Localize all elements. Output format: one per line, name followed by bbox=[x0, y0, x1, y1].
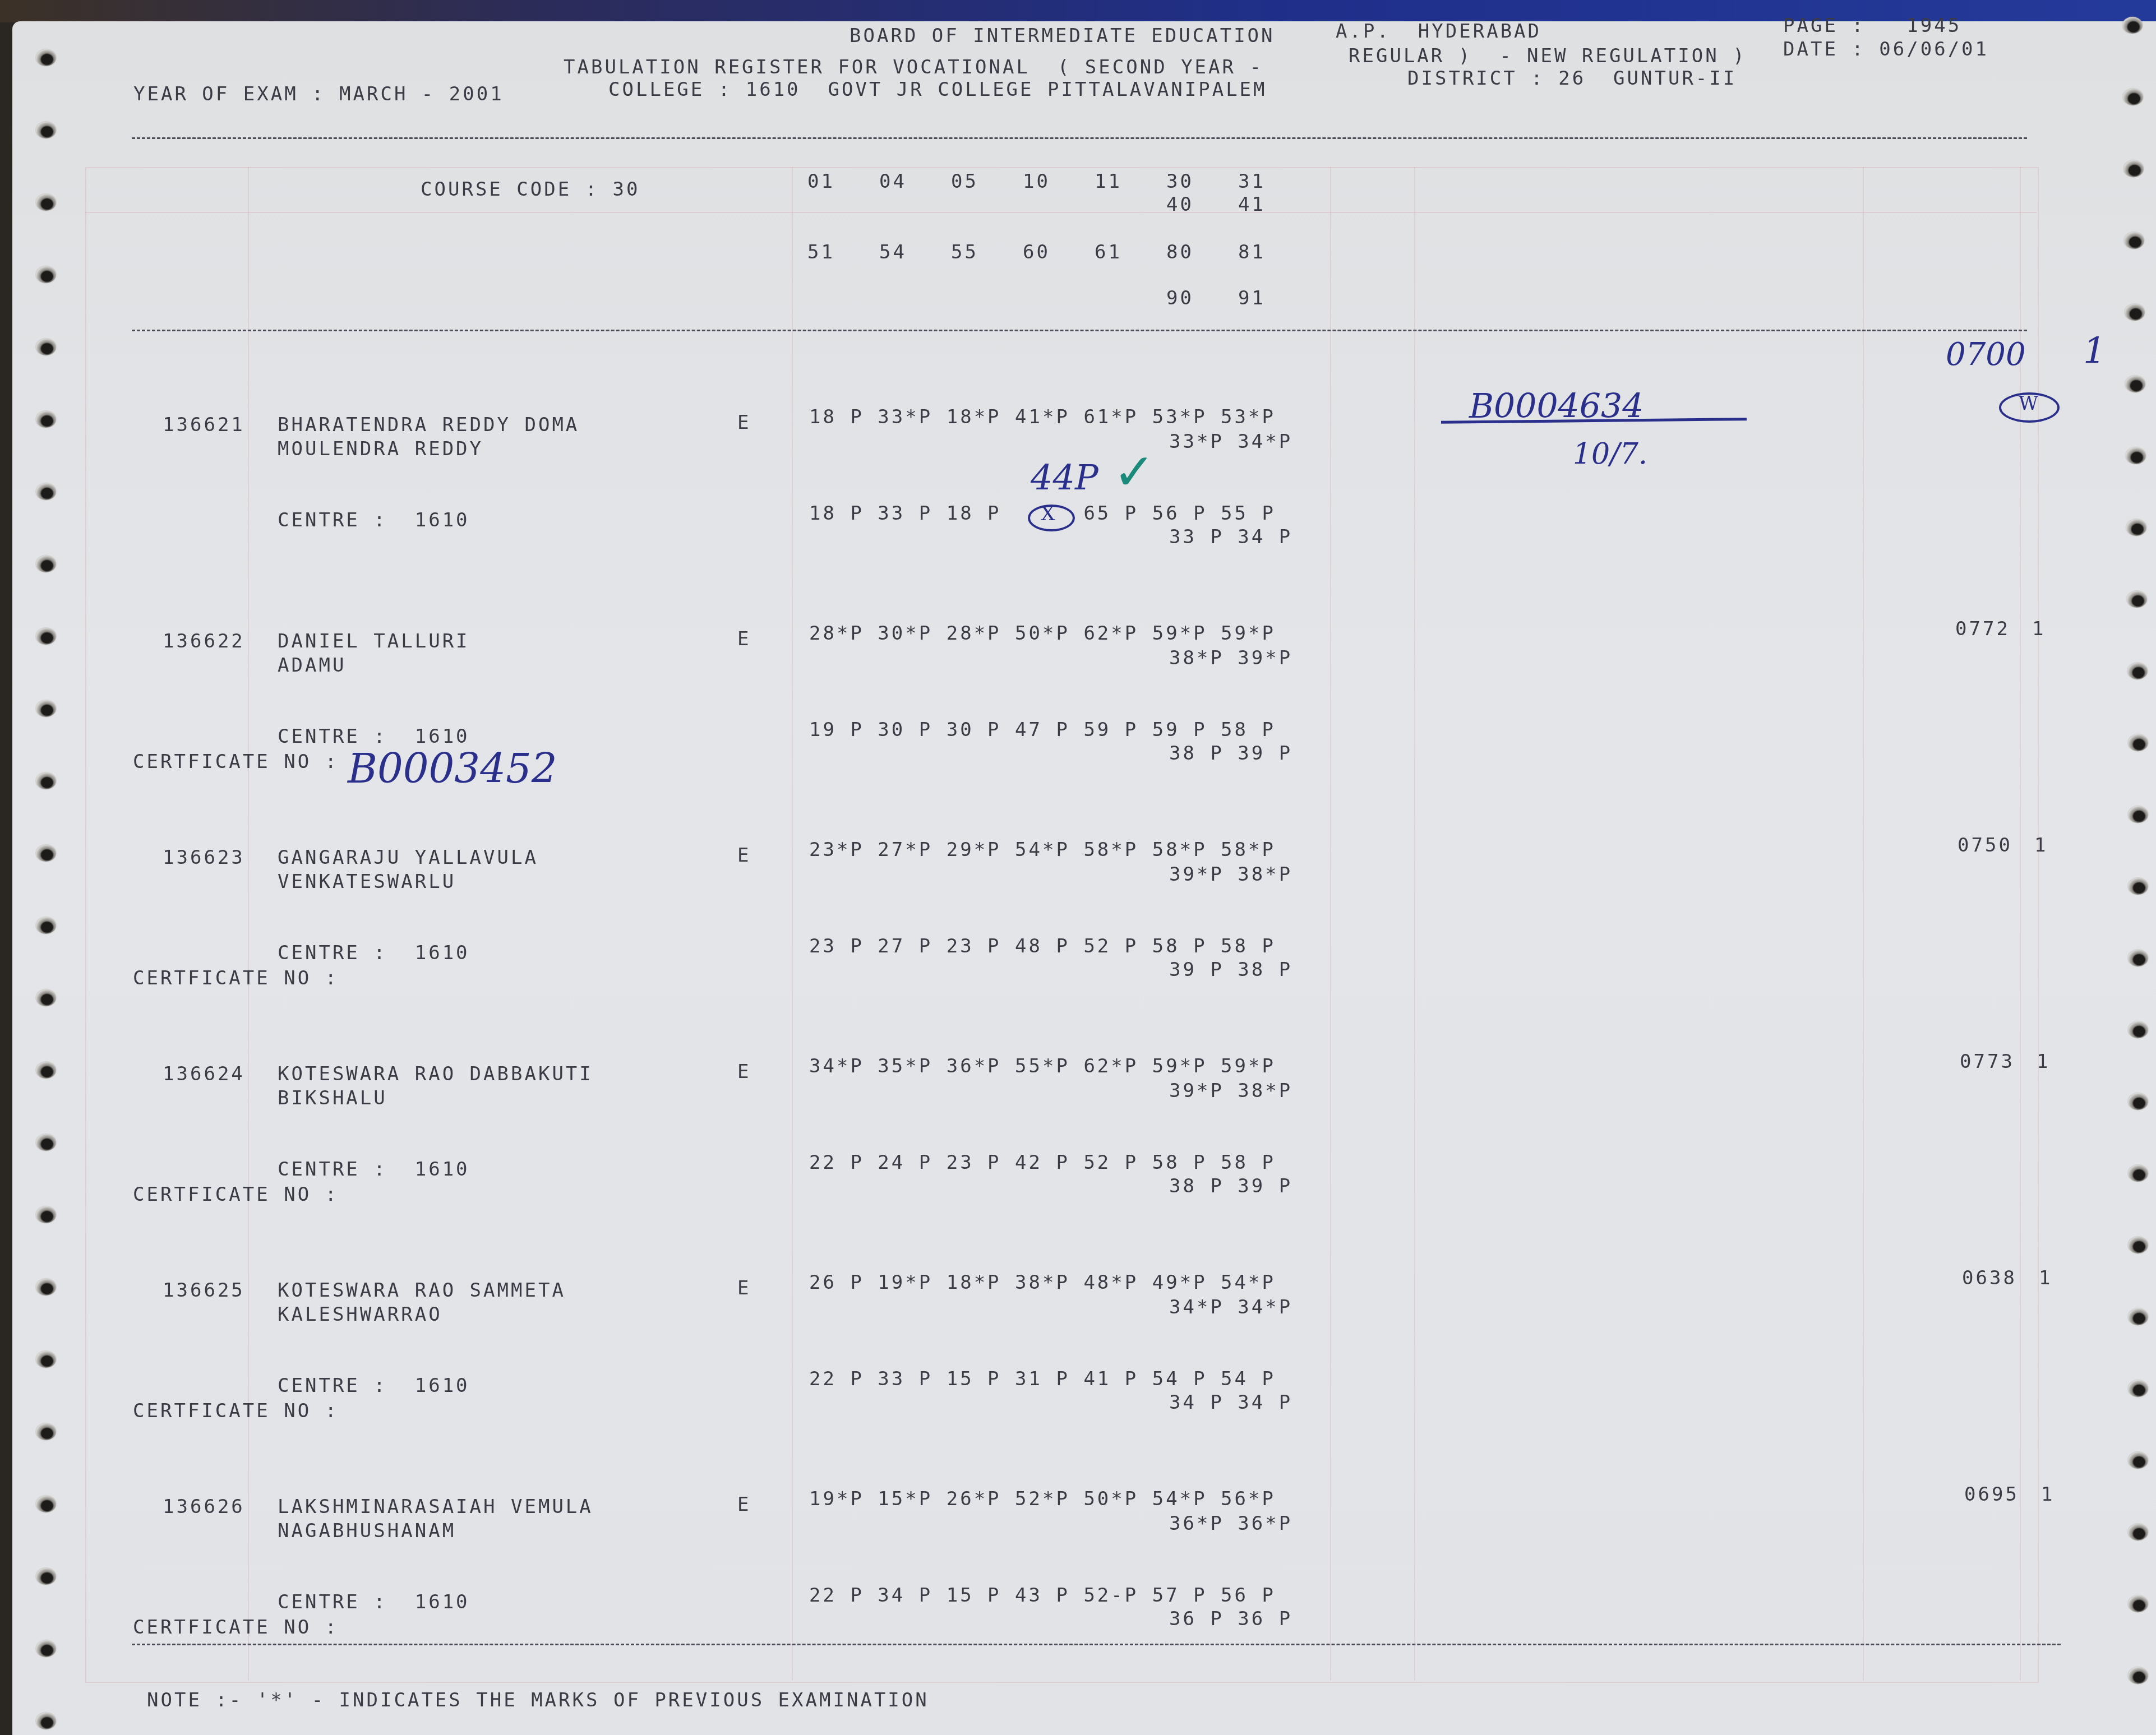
district-info: DISTRICT : 26 GUNTUR-II bbox=[1407, 67, 1737, 90]
handwritten-x: X bbox=[1041, 502, 1055, 525]
exam-centre: CENTRE : 1610 bbox=[278, 1591, 470, 1613]
total-marks: 0638 bbox=[1962, 1267, 2017, 1289]
exam-centre: CENTRE : 1610 bbox=[278, 942, 470, 964]
sprocket-hole bbox=[2128, 1524, 2148, 1540]
sprocket-hole bbox=[2127, 591, 2147, 608]
hall-ticket-number: 136626 bbox=[163, 1496, 245, 1518]
result-code: 1 bbox=[2041, 1483, 2055, 1506]
subject-code: 31 bbox=[1238, 170, 1266, 193]
result-code: 1 bbox=[2037, 1051, 2050, 1073]
subject-code: 10 bbox=[1023, 170, 1050, 193]
sprocket-hole bbox=[36, 122, 56, 138]
marks-previous-continued: 33 P 34 P bbox=[1169, 526, 1292, 548]
marks-current: 18 P 33*P 18*P 41*P 61*P 53*P 53*P bbox=[809, 406, 1276, 428]
sprocket-hole bbox=[36, 845, 56, 862]
header-divider bbox=[132, 137, 2027, 139]
exam-centre: CENTRE : 1610 bbox=[278, 509, 470, 531]
preprinted-form-rule bbox=[1863, 167, 1864, 1681]
sprocket-hole bbox=[2126, 447, 2146, 464]
print-date: DATE : 06/06/01 bbox=[1783, 38, 1989, 61]
header-register-title: TABULATION REGISTER FOR VOCATIONAL ( SEC… bbox=[564, 56, 1263, 78]
sprocket-hole bbox=[2122, 17, 2143, 34]
medium-code: E bbox=[737, 1061, 751, 1083]
subject-code: 61 bbox=[1095, 241, 1122, 263]
sprocket-hole bbox=[36, 1351, 56, 1368]
subject-code: 01 bbox=[807, 170, 835, 193]
sprocket-hole bbox=[2128, 1380, 2148, 1397]
medium-code: E bbox=[737, 1277, 751, 1299]
sprocket-hole bbox=[2128, 734, 2148, 751]
sprocket-hole bbox=[36, 266, 56, 283]
marks-previous-continued: 39 P 38 P bbox=[1169, 959, 1292, 981]
sprocket-hole bbox=[2123, 89, 2143, 105]
sprocket-hole bbox=[2128, 1667, 2148, 1684]
sprocket-hole bbox=[2124, 232, 2144, 249]
subject-code: 40 bbox=[1166, 193, 1194, 216]
sprocket-hole bbox=[36, 1134, 56, 1151]
candidate-name: LAKSHMINARASAIAH VEMULA bbox=[278, 1496, 593, 1518]
handwritten-w: W bbox=[2019, 392, 2038, 415]
footer-note: NOTE :- '*' - INDICATES THE MARKS OF PRE… bbox=[147, 1689, 929, 1711]
marks-previous: 19 P 30 P 30 P 47 P 59 P 59 P 58 P bbox=[809, 719, 1276, 741]
sprocket-hole bbox=[2125, 304, 2145, 321]
sprocket-hole bbox=[2128, 1595, 2148, 1612]
total-marks: 0750 bbox=[1958, 834, 2012, 857]
sprocket-hole bbox=[36, 483, 56, 500]
sprocket-hole bbox=[36, 917, 56, 934]
candidate-name-continued: ADAMU bbox=[278, 654, 346, 677]
preprinted-form-frame bbox=[85, 167, 2039, 1683]
hall-ticket-number: 136623 bbox=[163, 846, 245, 869]
marks-previous: 22 P 34 P 15 P 43 P 52-P 57 P 56 P bbox=[809, 1584, 1276, 1607]
exam-centre: CENTRE : 1610 bbox=[278, 725, 470, 748]
medium-code: E bbox=[737, 628, 751, 650]
sprocket-hole bbox=[2128, 878, 2148, 895]
sprocket-hole bbox=[36, 700, 56, 717]
sprocket-hole bbox=[36, 628, 56, 645]
sprocket-hole bbox=[36, 1206, 56, 1223]
certificate-number-label: CERTFICATE NO : bbox=[133, 967, 339, 989]
marks-current-continued: 38*P 39*P bbox=[1169, 647, 1292, 669]
marks-current: 23*P 27*P 29*P 54*P 58*P 58*P 58*P bbox=[809, 839, 1276, 861]
preprinted-form-header-band bbox=[85, 167, 2037, 213]
header-board-title: BOARD OF INTERMEDIATE EDUCATION bbox=[850, 25, 1275, 47]
page-number: PAGE : 1945 bbox=[1783, 15, 1961, 37]
exam-centre: CENTRE : 1610 bbox=[278, 1158, 470, 1181]
sprocket-hole bbox=[36, 411, 56, 428]
marks-current: 26 P 19*P 18*P 38*P 48*P 49*P 54*P bbox=[809, 1271, 1276, 1294]
subject-code: 60 bbox=[1023, 241, 1050, 263]
subject-code: 04 bbox=[879, 170, 907, 193]
total-marks: 0773 bbox=[1960, 1051, 2015, 1073]
header-location: A.P. HYDERABAD bbox=[1336, 20, 1541, 43]
subject-code: 51 bbox=[807, 241, 835, 263]
sprocket-hole bbox=[36, 1568, 56, 1585]
handwritten-total: 0700 bbox=[1946, 336, 2026, 373]
subject-code: 91 bbox=[1238, 287, 1266, 309]
result-code: 1 bbox=[2034, 834, 2048, 857]
candidate-name-continued: KALESHWARRAO bbox=[278, 1303, 442, 1326]
handwritten-certificate-number: B0003452 bbox=[348, 745, 557, 792]
hall-ticket-number: 136625 bbox=[163, 1279, 245, 1302]
candidate-name-continued: MOULENDRA REDDY bbox=[278, 438, 483, 460]
candidate-name: DANIEL TALLURI bbox=[278, 630, 470, 653]
handwritten-result: 1 bbox=[2083, 331, 2106, 372]
sprocket-hole bbox=[2128, 1165, 2148, 1182]
total-marks: 0695 bbox=[1964, 1483, 2019, 1506]
sprocket-hole bbox=[36, 1713, 56, 1729]
marks-current: 19*P 15*P 26*P 52*P 50*P 54*P 56*P bbox=[809, 1488, 1276, 1510]
sprocket-hole bbox=[2128, 1452, 2148, 1469]
sprocket-hole bbox=[2128, 806, 2148, 823]
marks-previous: 22 P 24 P 23 P 42 P 52 P 58 P 58 P bbox=[809, 1151, 1276, 1174]
sprocket-hole bbox=[2126, 519, 2146, 536]
handwritten-date: 10/7. bbox=[1573, 437, 1647, 471]
sprocket-hole bbox=[36, 1423, 56, 1440]
subject-code: 55 bbox=[951, 241, 978, 263]
candidate-name-continued: BIKSHALU bbox=[278, 1087, 387, 1109]
total-marks: 0772 bbox=[1955, 618, 2010, 640]
candidate-name: GANGARAJU YALLAVULA bbox=[278, 846, 538, 869]
subject-code: 80 bbox=[1166, 241, 1194, 263]
candidate-name: KOTESWARA RAO SAMMETA bbox=[278, 1279, 566, 1302]
subject-code: 05 bbox=[951, 170, 978, 193]
certificate-number-label: CERTFICATE NO : bbox=[133, 751, 339, 773]
sprocket-hole bbox=[36, 989, 56, 1006]
sprocket-hole bbox=[36, 1062, 56, 1079]
sprocket-hole bbox=[2125, 376, 2145, 392]
result-code: 1 bbox=[2039, 1267, 2052, 1289]
subject-code: 90 bbox=[1166, 287, 1194, 309]
subject-code: 54 bbox=[879, 241, 907, 263]
marks-current-continued: 39*P 38*P bbox=[1169, 1080, 1292, 1102]
subject-divider bbox=[132, 330, 2027, 331]
sprocket-hole bbox=[2128, 950, 2148, 966]
sprocket-hole bbox=[2128, 1021, 2148, 1038]
sprocket-hole bbox=[2128, 1308, 2148, 1325]
marks-previous-continued: 34 P 34 P bbox=[1169, 1391, 1292, 1414]
marks-previous-continued: 36 P 36 P bbox=[1169, 1608, 1292, 1630]
certificate-number-label: CERTFICATE NO : bbox=[133, 1616, 339, 1639]
subject-code: 11 bbox=[1095, 170, 1122, 193]
medium-code: E bbox=[737, 411, 751, 434]
sprocket-hole bbox=[2128, 1093, 2148, 1110]
sprocket-hole bbox=[36, 1640, 56, 1657]
certificate-number-label: CERTFICATE NO : bbox=[133, 1183, 339, 1206]
sprocket-hole bbox=[2127, 663, 2148, 679]
preprinted-form-rule bbox=[248, 167, 249, 1681]
marks-previous-continued: 38 P 39 P bbox=[1169, 1175, 1292, 1197]
college-info: COLLEGE : 1610 GOVT JR COLLEGE PITTALAVA… bbox=[608, 78, 1267, 101]
handwritten-correction: 44P bbox=[1031, 457, 1098, 498]
candidate-name-continued: VENKATESWARLU bbox=[278, 871, 456, 893]
medium-code: E bbox=[737, 1493, 751, 1516]
marks-previous: 22 P 33 P 15 P 31 P 41 P 54 P 54 P bbox=[809, 1368, 1276, 1390]
exam-centre: CENTRE : 1610 bbox=[278, 1375, 470, 1397]
marks-current: 34*P 35*P 36*P 55*P 62*P 59*P 59*P bbox=[809, 1055, 1276, 1077]
candidate-name: BHARATENDRA REDDY DOMA bbox=[278, 414, 579, 436]
year-of-exam: YEAR OF EXAM : MARCH - 2001 bbox=[133, 83, 504, 105]
medium-code: E bbox=[737, 844, 751, 867]
marks-current-continued: 39*P 38*P bbox=[1169, 863, 1292, 886]
marks-current-continued: 34*P 34*P bbox=[1169, 1296, 1292, 1318]
candidate-name-continued: NAGABHUSHANAM bbox=[278, 1520, 456, 1542]
preprinted-form-rule bbox=[1414, 167, 1415, 1681]
hall-ticket-number: 136624 bbox=[163, 1063, 245, 1085]
preprinted-form-rule bbox=[792, 167, 793, 1681]
hall-ticket-number: 136621 bbox=[163, 414, 245, 436]
footer-divider bbox=[132, 1644, 2061, 1645]
marks-previous: 23 P 27 P 23 P 48 P 52 P 58 P 58 P bbox=[809, 935, 1276, 957]
sprocket-hole bbox=[36, 1279, 56, 1296]
candidate-name: KOTESWARA RAO DABBAKUTI bbox=[278, 1063, 593, 1085]
hall-ticket-number: 136622 bbox=[163, 630, 245, 653]
result-code: 1 bbox=[2032, 618, 2046, 640]
subject-code: 81 bbox=[1238, 241, 1266, 263]
sprocket-hole bbox=[36, 49, 56, 66]
sprocket-hole bbox=[36, 339, 56, 355]
sprocket-hole bbox=[36, 556, 56, 572]
marks-current: 28*P 30*P 28*P 50*P 62*P 59*P 59*P bbox=[809, 622, 1276, 645]
sprocket-hole bbox=[2128, 1237, 2148, 1253]
sprocket-hole bbox=[36, 1496, 56, 1512]
check-mark-icon: ✓ bbox=[1113, 443, 1155, 502]
subject-code: 41 bbox=[1238, 193, 1266, 216]
course-code: COURSE CODE : 30 bbox=[421, 178, 640, 201]
sprocket-hole bbox=[36, 194, 56, 211]
subject-code: 30 bbox=[1166, 170, 1194, 193]
marks-previous-continued: 38 P 39 P bbox=[1169, 742, 1292, 765]
marks-current-continued: 36*P 36*P bbox=[1169, 1512, 1292, 1535]
header-regulation: REGULAR ) - NEW REGULATION ) bbox=[1349, 45, 1747, 67]
marks-current-continued: 33*P 34*P bbox=[1169, 431, 1292, 453]
sprocket-hole bbox=[36, 772, 56, 789]
certificate-number-label: CERTFICATE NO : bbox=[133, 1400, 339, 1422]
sprocket-hole bbox=[2123, 160, 2144, 177]
preprinted-form-rule bbox=[1330, 167, 1331, 1681]
